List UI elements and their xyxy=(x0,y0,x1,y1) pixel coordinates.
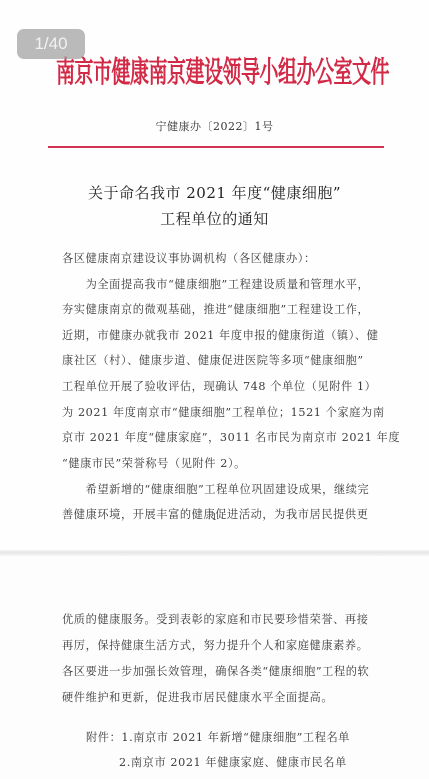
attachment-line-1: 附件：1.南京市 2021 年新增“健康细胞”工程名单 xyxy=(86,729,416,745)
body-line: 康社区（村）、健康步道、健康促进医院等多项“健康细胞” xyxy=(62,352,392,368)
page-counter-badge: 1/40 xyxy=(17,29,85,59)
page-number: 1 xyxy=(0,513,429,523)
document-page-2: 优质的健康服务。受到表彰的家庭和市民要珍惜荣誉、再接 再厉，保持健康生活方式，努… xyxy=(0,556,429,779)
salutation: 各区健康南京建设议事协调机构（各区健康办）： xyxy=(62,250,392,266)
document-title-line-1: 关于命名我市 2021 年度“健康细胞” xyxy=(0,182,429,203)
body-line: 为 2021 年度南京市“健康细胞”工程单位；1521 个家庭为南 xyxy=(62,404,392,420)
body-line: 工程单位开展了验收评估，现确认 748 个单位（见附件 1） xyxy=(62,378,392,394)
document-page-1: 1/40 南京市健康南京建设领导小组办公室文件 宁健康办〔2022〕1号 关于命… xyxy=(0,0,429,552)
document-title-line-2: 工程单位的通知 xyxy=(0,208,429,229)
attachment-line-2: 2.南京市 2021 年健康家庭、健康市民名单 xyxy=(119,754,429,770)
body-line: 优质的健康服务。受到表彰的家庭和市民要珍惜荣誉、再接 xyxy=(62,611,392,627)
body-line: “健康市民”荣誉称号（见附件 2）。 xyxy=(62,455,392,471)
document-number: 宁健康办〔2022〕1号 xyxy=(0,118,429,134)
body-line: 硬件维护和更新，促进我市居民健康水平全面提高。 xyxy=(62,689,392,705)
body-line: 为全面提高我市“健康细胞”工程建设质量和管理水平， xyxy=(62,276,392,292)
body-line: 京市 2021 年度“健康家庭”，3011 名市民为南京市 2021 年度 xyxy=(62,429,392,445)
body-line: 再厉，保持健康生活方式，努力提升个人和家庭健康素养。 xyxy=(62,637,392,653)
page-number-text: 1 xyxy=(212,513,218,523)
body-line: 各区要进一步加强长效管理，确保各类“健康细胞”工程的软 xyxy=(62,663,392,679)
body-line: 夯实健康南京的微观基础，推进“健康细胞”工程建设工作， xyxy=(62,301,392,317)
red-divider-line xyxy=(48,146,384,148)
body-line: 近期，市健康办就我市 2021 年度申报的健康街道（镇）、健 xyxy=(62,327,392,343)
body-line: 希望新增的“健康细胞”工程单位巩固建设成果，继续完 xyxy=(62,481,392,497)
document-red-header: 南京市健康南京建设领导小组办公室文件 xyxy=(56,43,376,102)
